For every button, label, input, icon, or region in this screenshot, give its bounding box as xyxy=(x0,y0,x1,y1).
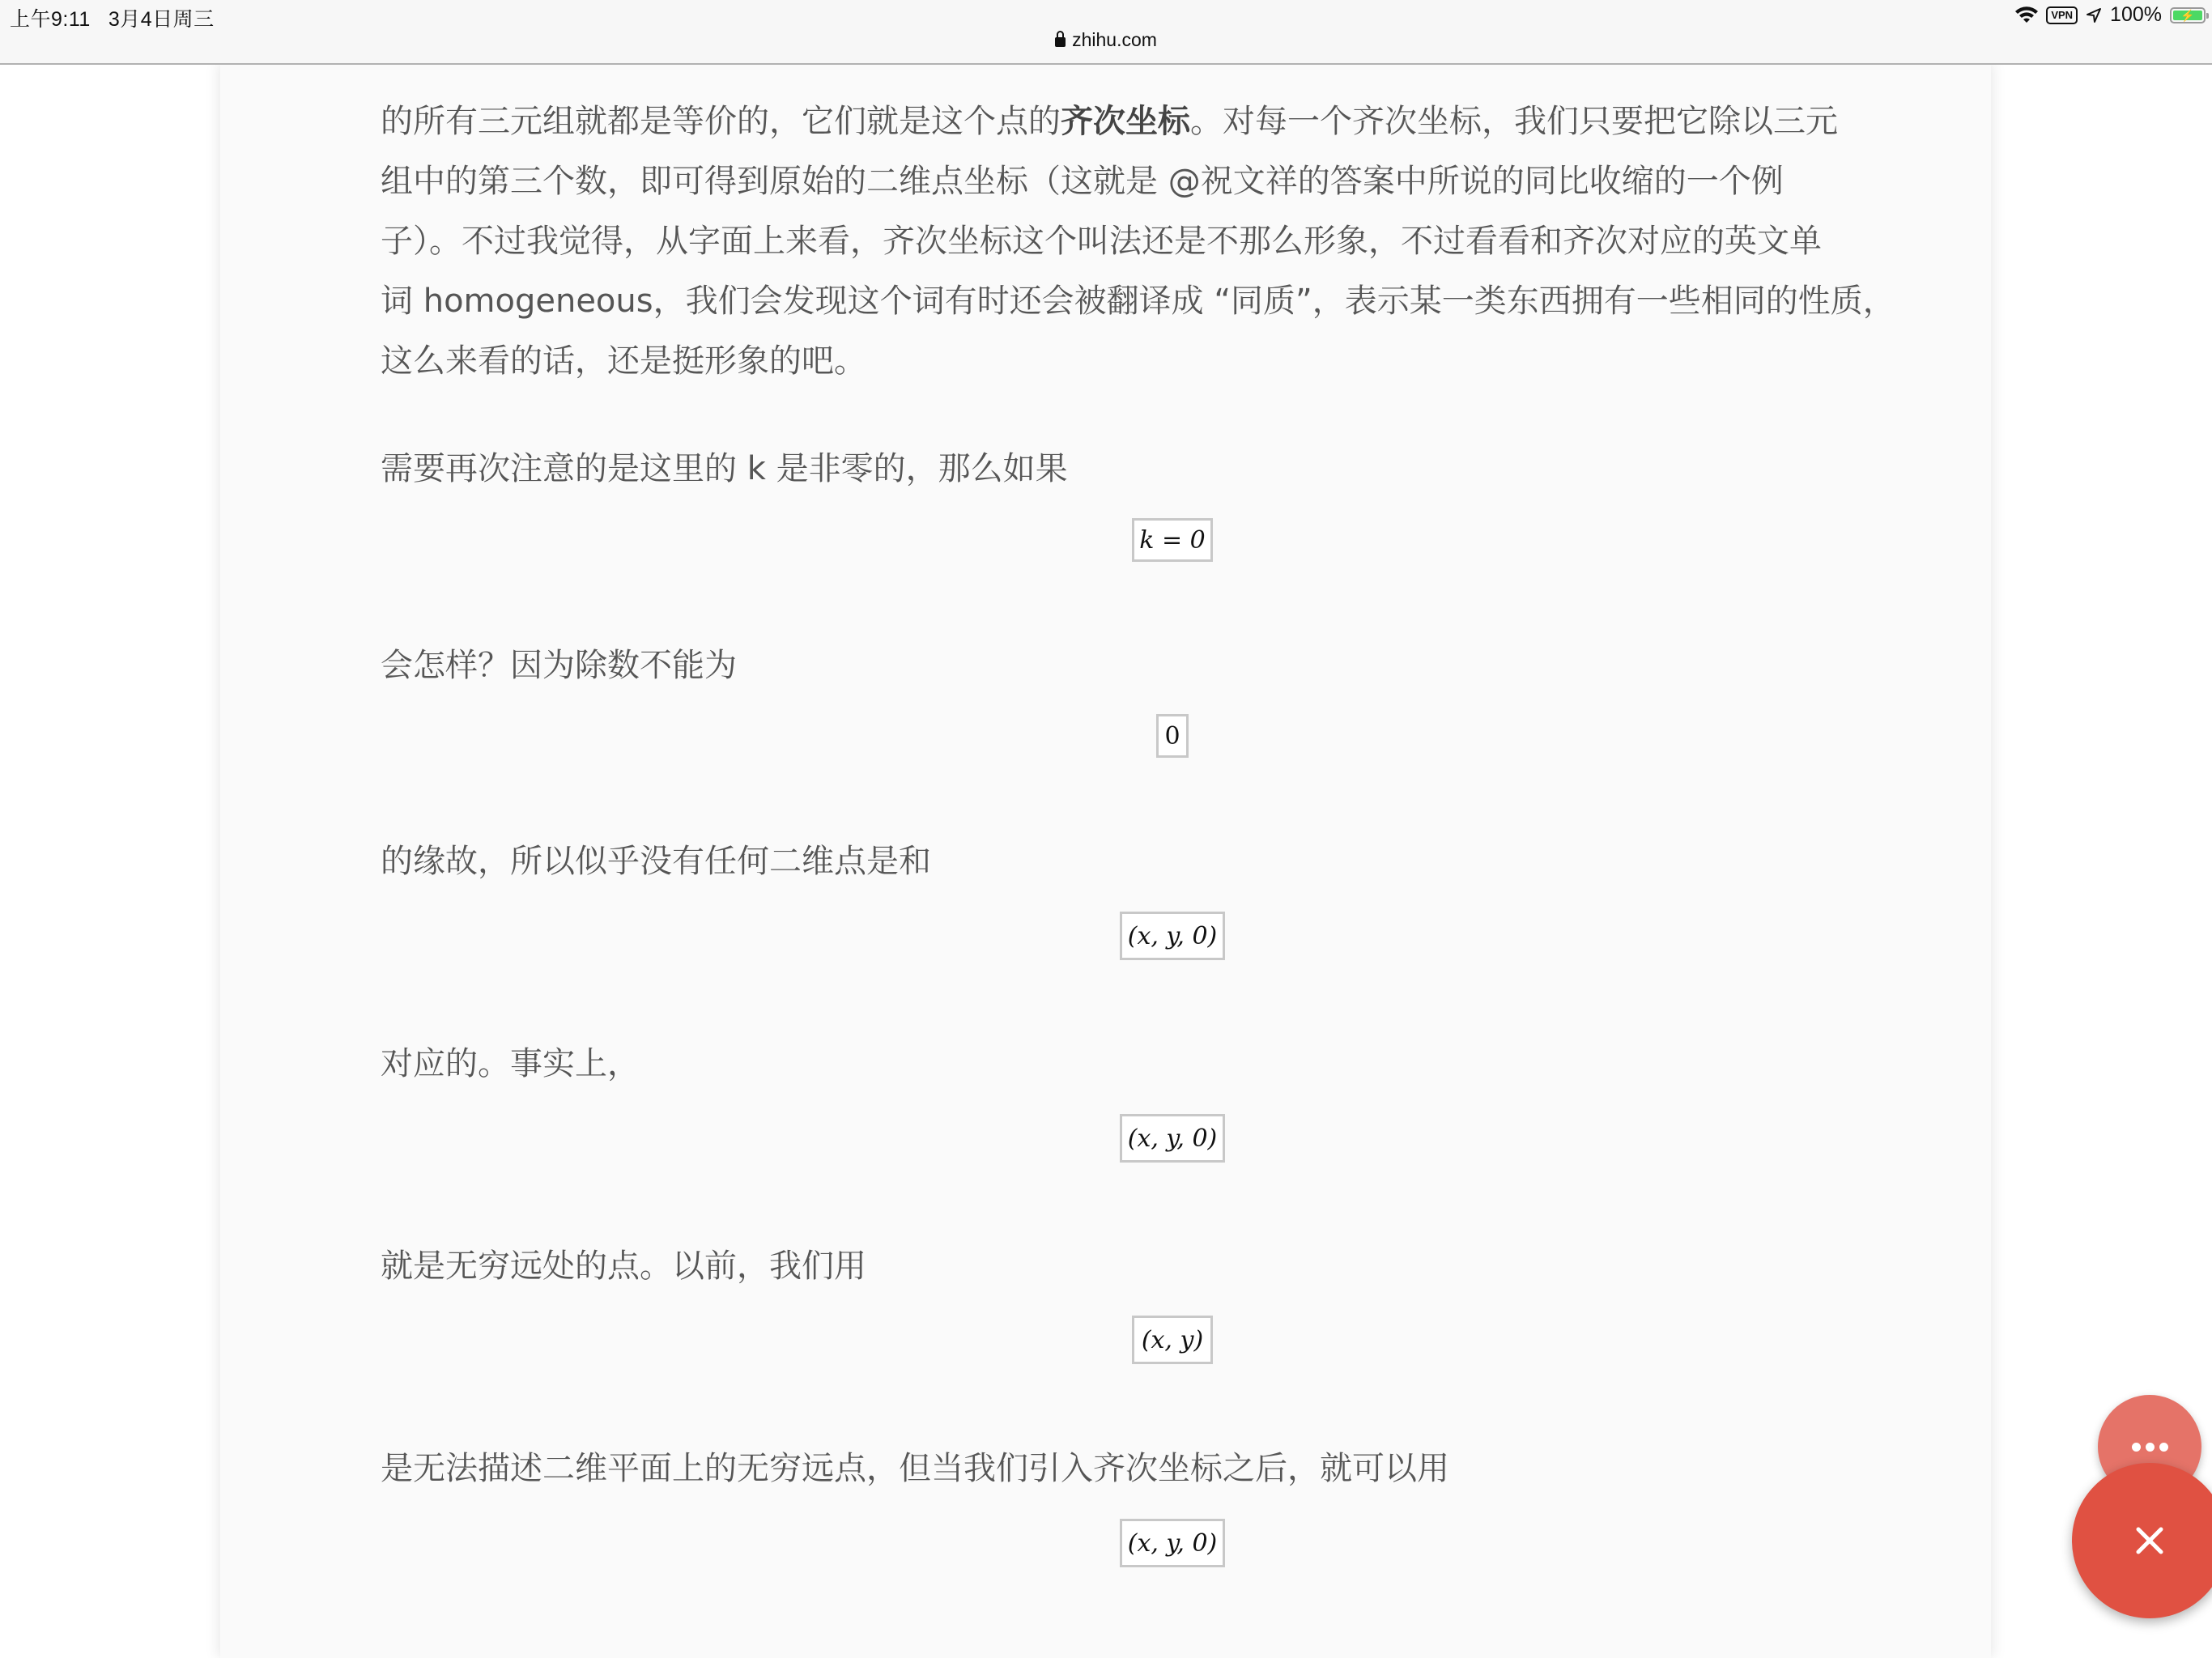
formula-image: (x, y) xyxy=(1132,1316,1213,1364)
url-text: zhihu.com xyxy=(1072,29,1157,50)
formula-image: 0 xyxy=(1156,714,1189,758)
formula-text: (x, y) xyxy=(1142,1326,1203,1354)
paragraph-line: 这么来看的话，还是挺形象的吧。 xyxy=(381,331,866,391)
more-horizontal-icon-dot xyxy=(2159,1443,2168,1452)
formula-image: (x, y, 0) xyxy=(1120,1114,1225,1163)
paragraph-line: 词 homogeneous，我们会发现这个词有时还会被翻译成 “同质”，表示某一… xyxy=(381,271,1895,331)
paragraph: 的缘故，所以似乎没有任何二维点是和 xyxy=(381,831,931,891)
paragraph-line: 组中的第三个数，即可得到原始的二维点坐标（这就是 @祝文祥的答案中所说的同比收缩… xyxy=(381,151,1784,211)
status-left: 上午9:113月4日周三 xyxy=(10,3,232,32)
vpn-icon: VPN xyxy=(2046,6,2078,24)
paragraph: 需要再次注意的是这里的 k 是非零的，那么如果 xyxy=(381,439,1068,499)
text: 的所有三元组就都是等价的，它们就是这个点的 xyxy=(381,103,1061,140)
close-fab-button[interactable] xyxy=(2072,1463,2212,1618)
location-arrow-icon xyxy=(2086,7,2102,23)
formula-text: 0 xyxy=(1164,722,1180,750)
formula-text: (x, y, 0) xyxy=(1128,1124,1218,1153)
battery-charging-icon: ⚡ xyxy=(2170,7,2206,23)
text: 。对每一个齐次坐标，我们只要把它除以三元 xyxy=(1190,103,1838,140)
bold-term: 齐次坐标 xyxy=(1061,103,1190,140)
paragraph: 对应的。事实上， xyxy=(381,1034,640,1094)
paragraph: 就是无穷远处的点。以前，我们用 xyxy=(381,1236,866,1296)
close-icon xyxy=(2133,1524,2166,1557)
paragraph-line: 子）。不过我觉得，从字面上来看，齐次坐标这个叫法还是不那么形象，不过看看和齐次对… xyxy=(381,211,1822,271)
status-time: 上午9:11 xyxy=(10,8,91,31)
more-horizontal-icon xyxy=(2132,1443,2141,1452)
battery-percent: 100% xyxy=(2110,3,2162,27)
lock-icon xyxy=(1055,37,1066,47)
formula-image: k = 0 xyxy=(1132,518,1213,562)
formula-text: (x, y, 0) xyxy=(1128,922,1218,950)
address-bar[interactable]: zhihu.com xyxy=(0,29,2212,51)
status-date: 3月4日周三 xyxy=(108,8,215,31)
wifi-icon xyxy=(2015,6,2038,24)
more-horizontal-icon-dot xyxy=(2146,1443,2155,1452)
article-card: 的所有三元组就都是等价的，它们就是这个点的齐次坐标。对每一个齐次坐标，我们只要把… xyxy=(220,63,1991,1658)
paragraph-line: 的所有三元组就都是等价的，它们就是这个点的齐次坐标。对每一个齐次坐标，我们只要把… xyxy=(381,91,1838,151)
formula-image: (x, y, 0) xyxy=(1120,1519,1225,1567)
formula-image: (x, y, 0) xyxy=(1120,912,1225,960)
paragraph: 会怎样？因为除数不能为 xyxy=(381,636,737,695)
status-right: VPN 100% ⚡ xyxy=(2015,3,2206,27)
formula-text: (x, y, 0) xyxy=(1128,1529,1218,1558)
status-bar: 上午9:113月4日周三 VPN 100% ⚡ zhihu.com xyxy=(0,0,2212,65)
paragraph: 是无法描述二维平面上的无穷远点，但当我们引入齐次坐标之后，就可以用 xyxy=(381,1439,1449,1499)
formula-text: k = 0 xyxy=(1139,526,1205,555)
